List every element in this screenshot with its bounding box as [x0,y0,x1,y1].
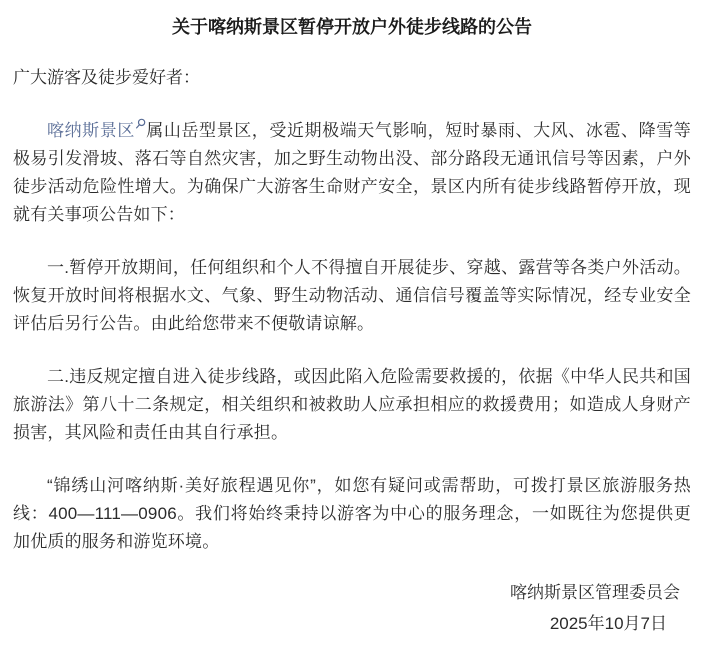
paragraph-hotline: “锦绣山河喀纳斯·美好旅程遇见你”，如您有疑问或需帮助，可拨打景区旅游服务热线：… [13,472,691,556]
paragraph-item-2: 二.违反规定擅自进入徒步线路，或因此陷入危险需要救援的，依据《中华人民共和国旅游… [13,363,691,447]
paragraph-item-1: 一.暂停开放期间，任何组织和个人不得擅自开展徒步、穿越、露营等各类户外活动。恢复… [13,254,691,338]
paragraph-intro: 喀纳斯景区属山岳型景区，受近期极端天气影响，短时暴雨、大风、冰雹、降雪等极易引发… [13,117,691,229]
salutation: 广大游客及徒步爱好者： [13,64,691,92]
page-title: 关于喀纳斯景区暂停开放户外徒步线路的公告 [13,13,691,41]
signature-block: 喀纳斯景区管理委员会 2025年10月7日 [13,579,691,638]
announcement-document: 关于喀纳斯景区暂停开放户外徒步线路的公告 广大游客及徒步爱好者： 喀纳斯景区属山… [0,0,711,648]
signature-date: 2025年10月7日 [13,610,667,638]
search-icon[interactable] [135,118,146,130]
kanas-scenic-area-link[interactable]: 喀纳斯景区 [47,121,135,140]
signature-organization: 喀纳斯景区管理委员会 [13,579,680,607]
